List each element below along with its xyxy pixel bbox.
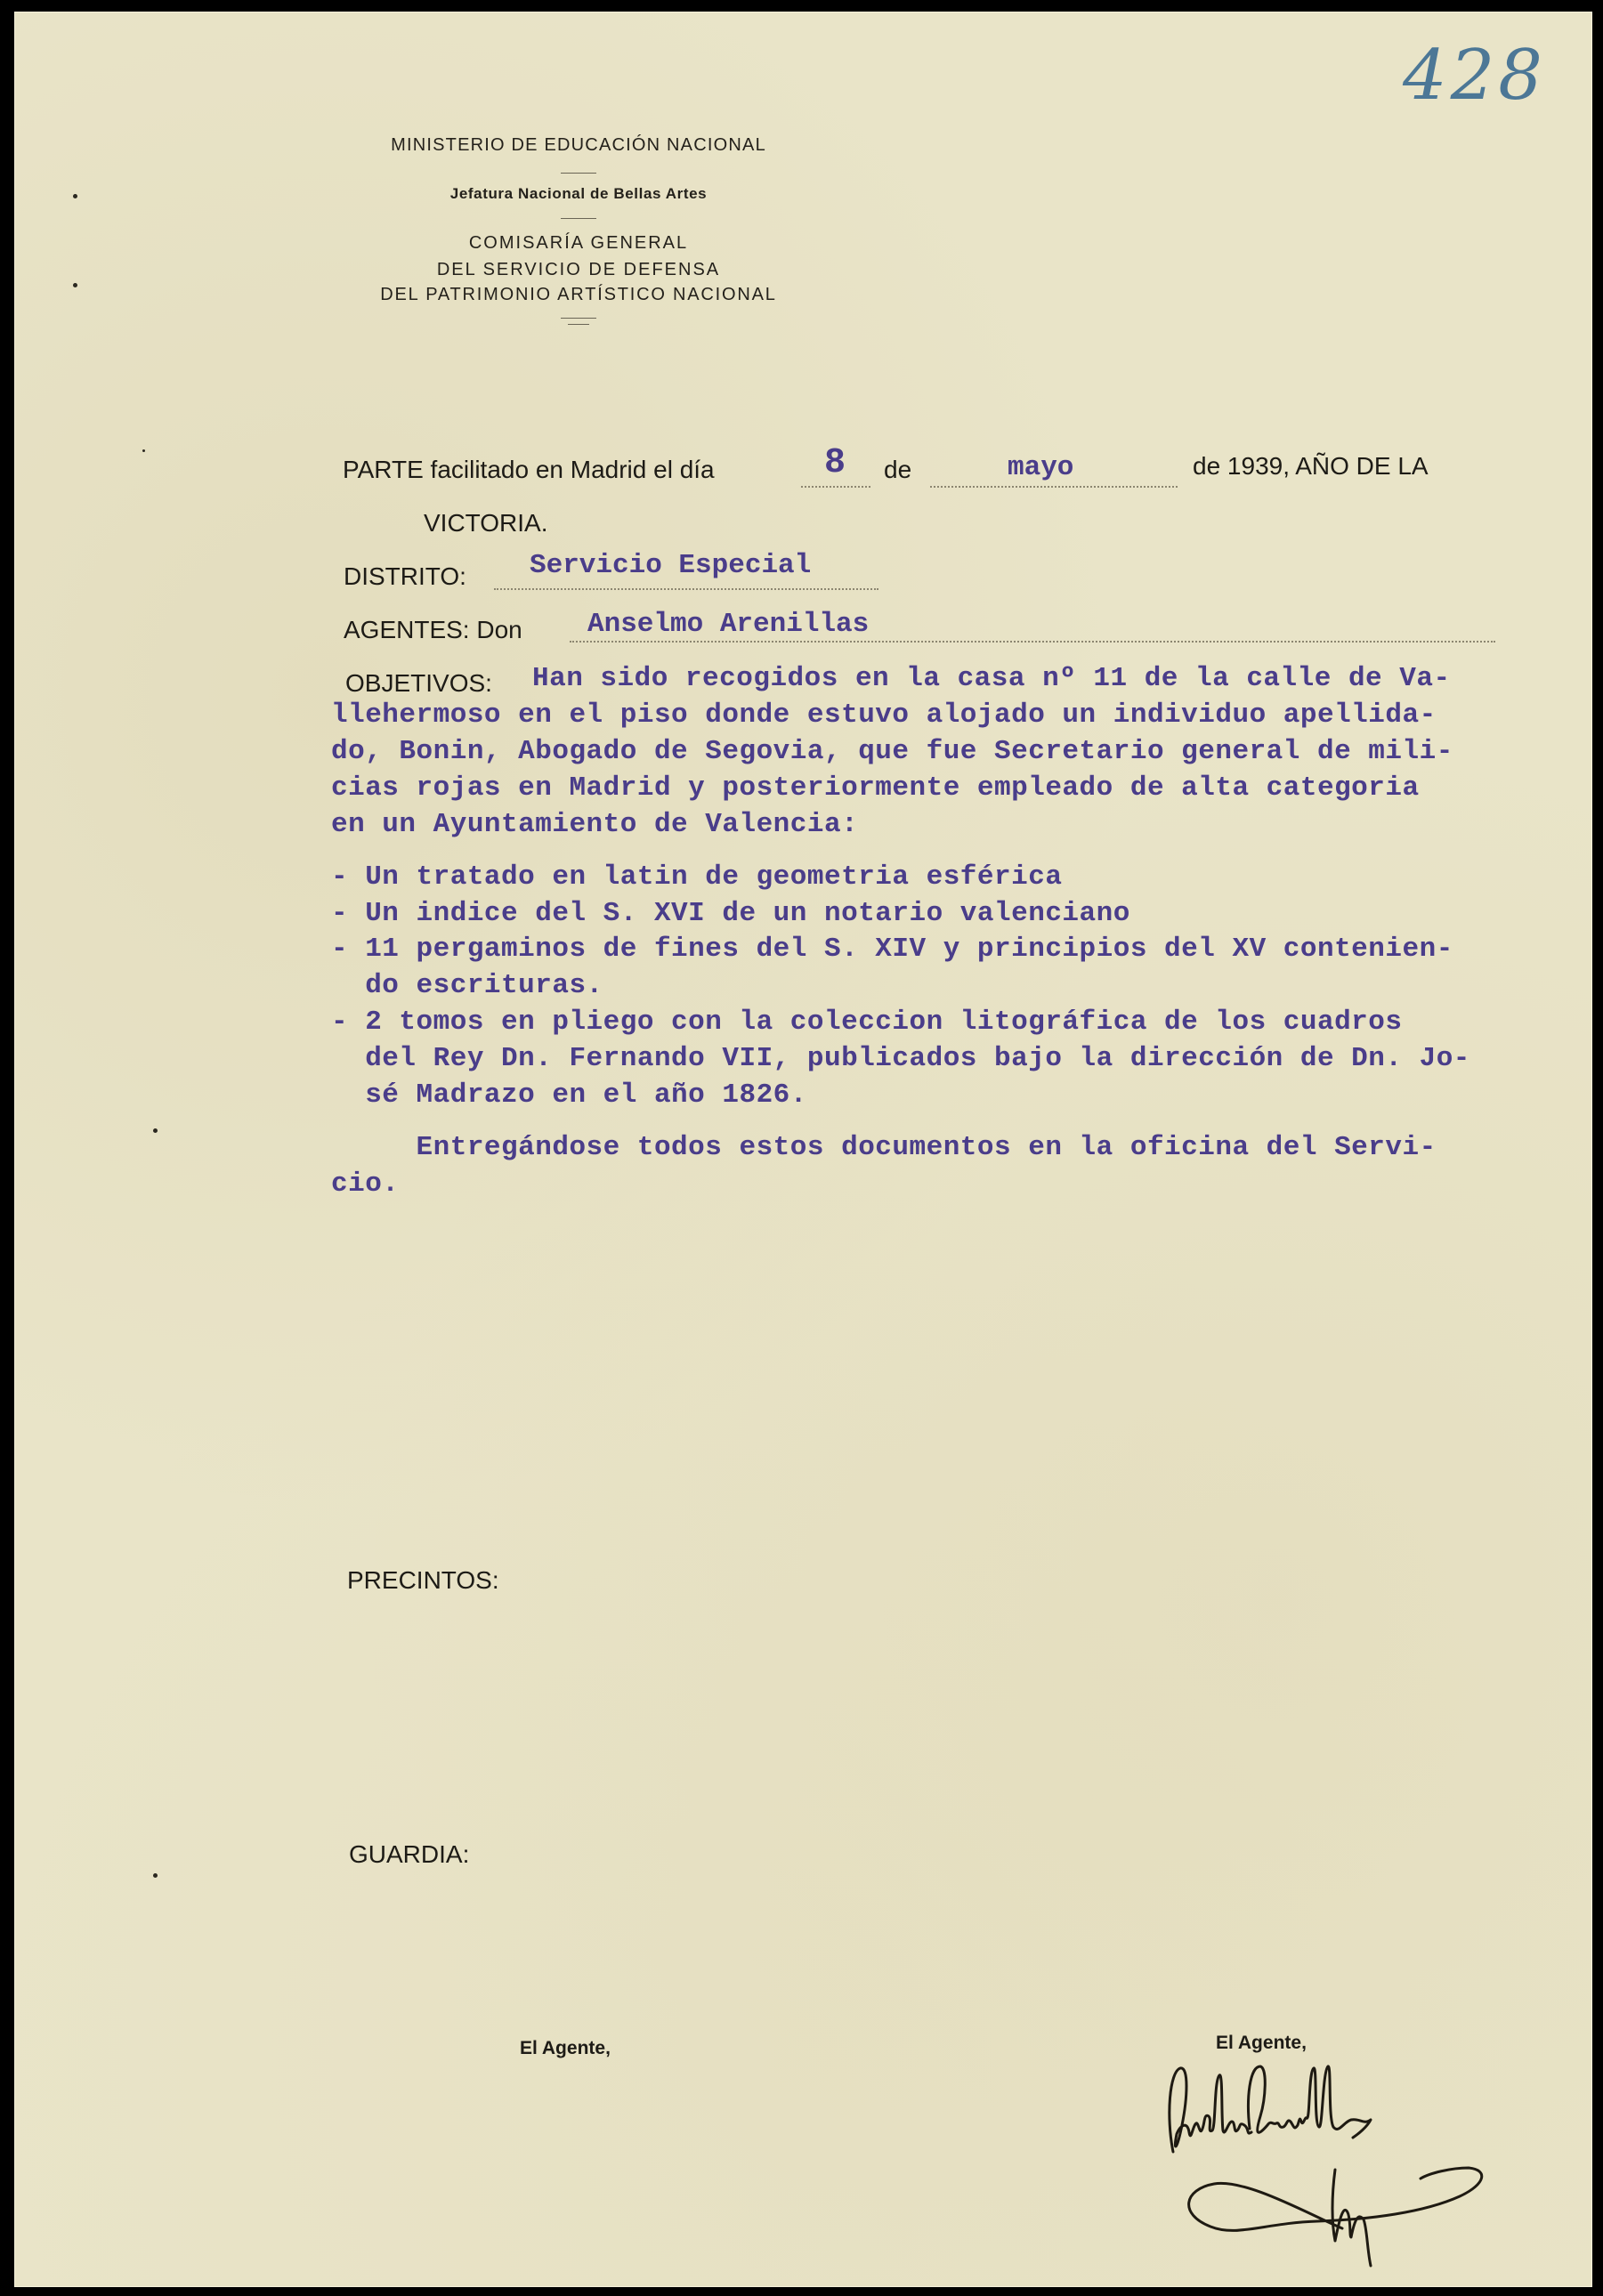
- month-value: mayo: [1008, 452, 1073, 483]
- closing-line: cio.: [331, 1168, 399, 1200]
- letterhead-commission-1: COMISARÍA GENERAL: [312, 233, 846, 254]
- objetivos-line: en un Ayuntamiento de Valencia:: [331, 809, 858, 840]
- left-agent-label: El Agente,: [520, 2038, 611, 2059]
- page-number: 428: [1403, 36, 1546, 116]
- margin-mark: [142, 449, 145, 452]
- distrito-label: DISTRITO:: [344, 562, 466, 591]
- agentes-dotted-line: [570, 641, 1495, 643]
- parte-victoria: VICTORIA.: [424, 509, 548, 538]
- list-item: - 2 tomos en pliego con la coleccion lit…: [331, 1007, 1403, 1038]
- signature-icon: [1157, 2063, 1531, 2276]
- precintos-label: PRECINTOS:: [347, 1566, 499, 1595]
- list-item-continued: sé Madrazo en el año 1826.: [331, 1079, 807, 1111]
- parte-prefix: PARTE facilitado en Madrid el día: [343, 456, 715, 484]
- letterhead-commission-3: DEL PATRIMONIO ARTÍSTICO NACIONAL: [312, 285, 846, 305]
- agentes-label: AGENTES: Don: [344, 616, 522, 644]
- objetivos-line: Han sido recogidos en la casa nº 11 de l…: [532, 663, 1451, 694]
- month-dotted-line: [930, 486, 1178, 488]
- day-dotted-line: [801, 486, 870, 488]
- guardia-label: GUARDIA:: [349, 1840, 469, 1869]
- letterhead-department: Jefatura Nacional de Bellas Artes: [312, 185, 846, 203]
- distrito-value: Servicio Especial: [530, 550, 811, 581]
- list-item: - Un indice del S. XVI de un notario val…: [331, 898, 1130, 929]
- letterhead-rule: [561, 218, 596, 219]
- margin-mark: [153, 1873, 158, 1878]
- list-item-continued: do escrituras.: [331, 970, 603, 1001]
- closing-line: Entregándose todos estos documentos en l…: [331, 1132, 1437, 1163]
- right-agent-label: El Agente,: [1216, 2033, 1307, 2054]
- letterhead-commission-2: DEL SERVICIO DE DEFENSA: [312, 260, 846, 280]
- objetivos-line: llehermoso en el piso donde estuvo aloja…: [331, 699, 1437, 731]
- day-value: 8: [824, 443, 846, 483]
- parte-de: de: [884, 456, 911, 484]
- margin-mark: [73, 194, 77, 198]
- margin-mark: [153, 1128, 158, 1133]
- list-item: - 11 pergaminos de fines del S. XIV y pr…: [331, 934, 1453, 965]
- objetivos-label: OBJETIVOS:: [345, 669, 492, 698]
- parte-year: de 1939, AÑO DE LA: [1193, 452, 1429, 481]
- margin-mark: [73, 283, 77, 287]
- letterhead-ministry: MINISTERIO DE EDUCACIÓN NACIONAL: [312, 135, 846, 156]
- list-item-continued: del Rey Dn. Fernando VII, publicados baj…: [331, 1043, 1470, 1074]
- letterhead-rule: [568, 324, 589, 325]
- letterhead-rule: [561, 173, 596, 174]
- objetivos-line: do, Bonin, Abogado de Segovia, que fue S…: [331, 736, 1453, 767]
- letterhead-rule: [561, 318, 596, 319]
- agentes-value: Anselmo Arenillas: [587, 609, 869, 640]
- objetivos-line: cias rojas en Madrid y posteriormente em…: [331, 772, 1420, 804]
- list-item: - Un tratado en latin de geometria esfér…: [331, 861, 1062, 893]
- distrito-dotted-line: [494, 588, 878, 590]
